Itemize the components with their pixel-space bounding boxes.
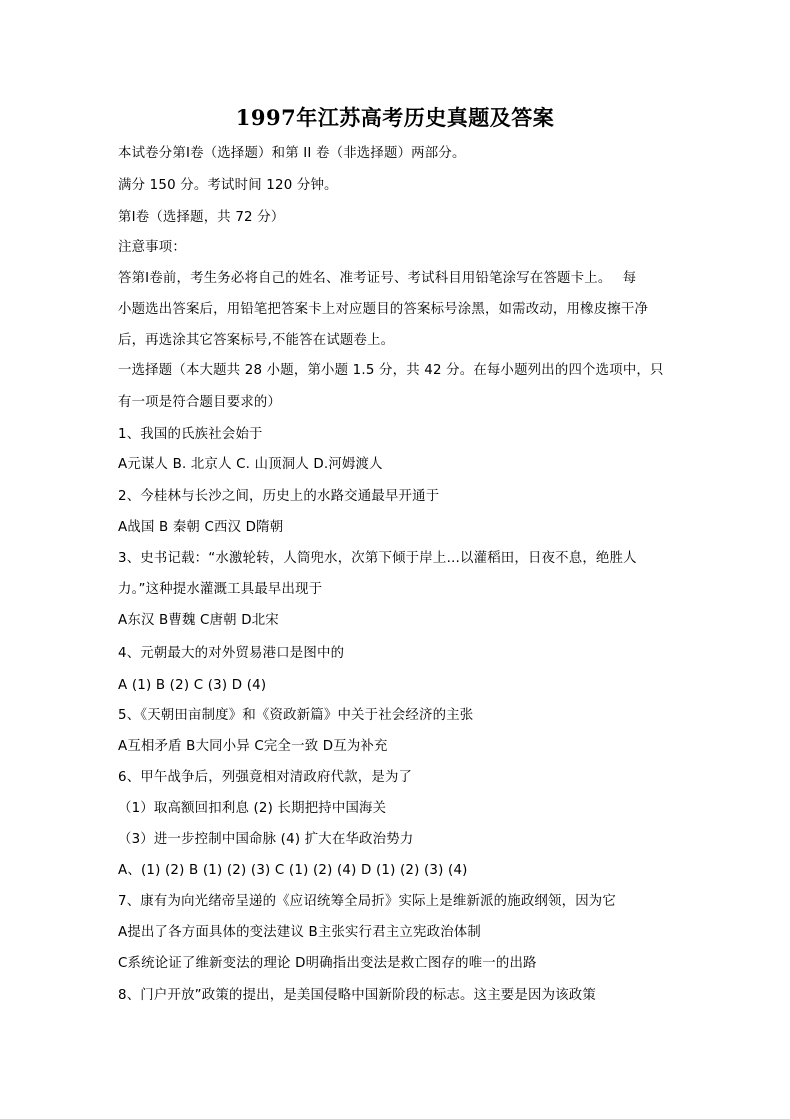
question-7-options-a-b: A提出了各方面具体的变法建议 B主张实行君主立宪政治体制: [118, 923, 678, 943]
question-7: 7、康有为向光绪帝呈递的《应诏统筹全局折》实际上是维新派的施政纲领，因为它: [118, 892, 678, 912]
question-2: 2、今桂林与长沙之间，历史上的水路交通最早开通于: [118, 487, 678, 507]
question-6-statements-3-4: （3）进一步控制中国命脉 (4) 扩大在华政治势力: [118, 830, 678, 850]
question-3-options: A东汉 B曹魏 C唐朝 D北宋: [118, 611, 678, 631]
question-4: 4、元朝最大的对外贸易港口是图中的: [118, 644, 678, 664]
document-page: 1997年江苏高考历史真题及答案 本试卷分第Ⅰ卷（选择题）和第 II 卷（非选择…: [0, 0, 790, 1119]
question-6-statements-1-2: （1）取高额回扣利息 (2) 长期把持中国海关: [118, 799, 678, 819]
question-1-options: A元谋人 B. 北京人 C. 山顶洞人 D.河姆渡人: [118, 455, 678, 475]
notice-text-line-1: 答第Ⅰ卷前，考生务必将自己的姓名、准考证号、考试科目用铅笔涂写在答题卡上。 每: [118, 269, 678, 289]
question-2-options: A战国 B 秦朝 C西汉 D隋朝: [118, 518, 678, 538]
question-3-line-1: 3、史书记载：“水激轮转，人筒兜水，次第下倾于岸上…以灌稻田，日夜不息，绝胜人: [118, 549, 678, 569]
question-6-options: A、(1) (2) B (1) (2) (3) C (1) (2) (4) D …: [118, 861, 678, 881]
document-title: 1997年江苏高考历史真题及答案: [0, 104, 790, 132]
question-1: 1、我国的氏族社会始于: [118, 425, 678, 445]
question-3-line-2: 力。”这种提水灌溉工具最早出现于: [118, 580, 678, 600]
choice-section-intro-line-1: 一选择题（本大题共 28 小题，第小题 1.5 分，共 42 分。在每小题列出的…: [118, 361, 678, 381]
notice-text-line-3: 后，再选涂其它答案标号,不能答在试题卷上。: [118, 331, 678, 351]
question-5: 5、《天朝田亩制度》和《资政新篇》中关于社会经济的主张: [118, 706, 678, 726]
question-6: 6、甲午战争后，列强竟相对清政府代款，是为了: [118, 768, 678, 788]
question-7-options-c-d: C系统论证了维新变法的理论 D明确指出变法是救亡图存的唯一的出路: [118, 954, 678, 974]
intro-paper-structure: 本试卷分第Ⅰ卷（选择题）和第 II 卷（非选择题）两部分。: [118, 144, 678, 164]
notice-heading: 注意事项：: [118, 238, 678, 258]
choice-section-intro-line-2: 有一项是符合题目要求的）: [118, 393, 678, 413]
question-8: 8、门户开放”政策的提出，是美国侵略中国新阶段的标志。这主要是因为该政策: [118, 986, 678, 1006]
section-heading-part-1: 第Ⅰ卷（选择题，共 72 分）: [118, 208, 678, 228]
notice-text-line-2: 小题选出答案后，用铅笔把答案卡上对应题目的答案标号涂黑，如需改动，用橡皮擦干净: [118, 300, 678, 320]
intro-score-time: 满分 150 分。考试时间 120 分钟。: [118, 176, 678, 196]
question-5-options: A互相矛盾 B大同小异 C完全一致 D互为补充: [118, 737, 678, 757]
question-4-options: A (1) B (2) C (3) D (4): [118, 676, 678, 696]
